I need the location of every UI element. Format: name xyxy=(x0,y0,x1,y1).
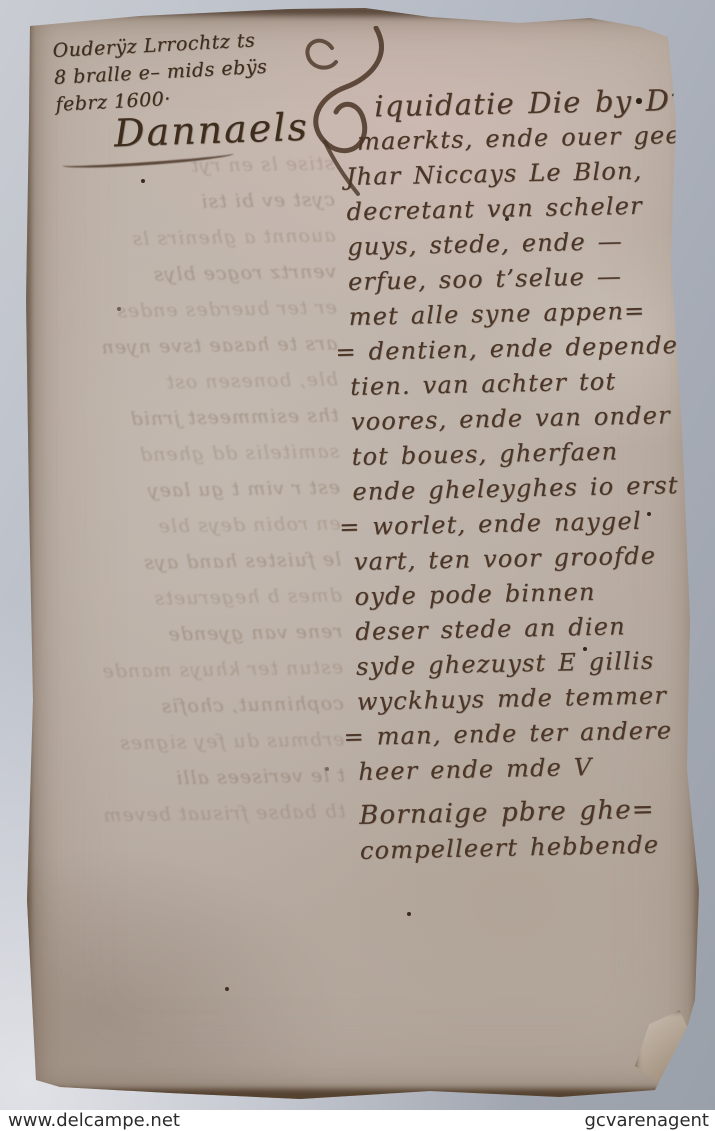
bleedthrough-line: le fuistes hand ays xyxy=(41,541,342,582)
manuscript-line: heer ende mde V xyxy=(358,748,707,790)
bleedthrough-line: est r vim t gu laey xyxy=(40,469,341,510)
manuscript-body-text: iquidatie Die by D’Senmaerkts, ende ouer… xyxy=(344,83,708,869)
bleedthrough-line: ths esimmeest jrnid xyxy=(38,397,339,438)
bleedthrough-line: en robin deys ble xyxy=(40,505,341,546)
bleedthrough-line: erbmus du fey signes xyxy=(44,721,345,762)
paper-edge-top xyxy=(26,4,684,17)
watermark-left: www.delcampe.net xyxy=(8,1110,180,1131)
watermark-strip: www.delcampe.net gcvarenagent xyxy=(0,1110,715,1131)
paper-corner-fold xyxy=(635,1010,699,1090)
manuscript-line: vart, ten voor groofde xyxy=(354,538,703,580)
bleedthrough-line: auonnt a ghenirs ls xyxy=(35,217,336,258)
bleedthrough-line: cophinnut, chofis xyxy=(43,685,344,726)
manuscript-line: maerkts, ende ouer geeft xyxy=(357,118,694,160)
bleedthrough-line: ble, bonesen ost xyxy=(38,361,339,402)
bleedthrough-line: dmes b hegeruets xyxy=(42,577,343,618)
paper-edge-left xyxy=(24,16,31,1084)
signature: Dannaels xyxy=(113,105,309,156)
manuscript-paper: stise ls en rytcyst ev bi tsiauonnt a gh… xyxy=(26,8,702,1100)
manuscript-line: compelleert hebbende xyxy=(360,827,709,869)
bleedthrough-line: cyst ev bi tsi xyxy=(35,181,336,222)
bleedthrough-line: er ter buerdes endes xyxy=(37,289,338,330)
manuscript-line: voores, ende van onder xyxy=(351,398,700,440)
bleedthrough-line: samitelis dd ghend xyxy=(39,433,340,474)
bleedthrough-line: venrtz rogce blys xyxy=(36,253,337,294)
bleedthrough-line: ars te hasae tsve nyen xyxy=(37,325,338,366)
bleedthrough-line: t le verisees alli xyxy=(45,757,346,798)
manuscript-line: decretant van scheler xyxy=(346,188,695,230)
paper-edge-right xyxy=(695,34,705,1074)
bleedthrough-text: stise ls en rytcyst ev bi tsiauonnt a gh… xyxy=(34,145,346,834)
manuscript-line: ende gheleyghes io erst xyxy=(352,468,701,510)
watermark-right: gcvarenagent xyxy=(585,1110,710,1131)
paper-edge-bottom xyxy=(26,1089,702,1104)
ink-specks xyxy=(26,8,28,10)
bleedthrough-line: tb babse frisuat bevem xyxy=(45,793,346,834)
bleedthrough-line: estun ter khuys mande xyxy=(43,649,344,690)
bleedthrough-line: rene van gyende xyxy=(42,613,343,654)
